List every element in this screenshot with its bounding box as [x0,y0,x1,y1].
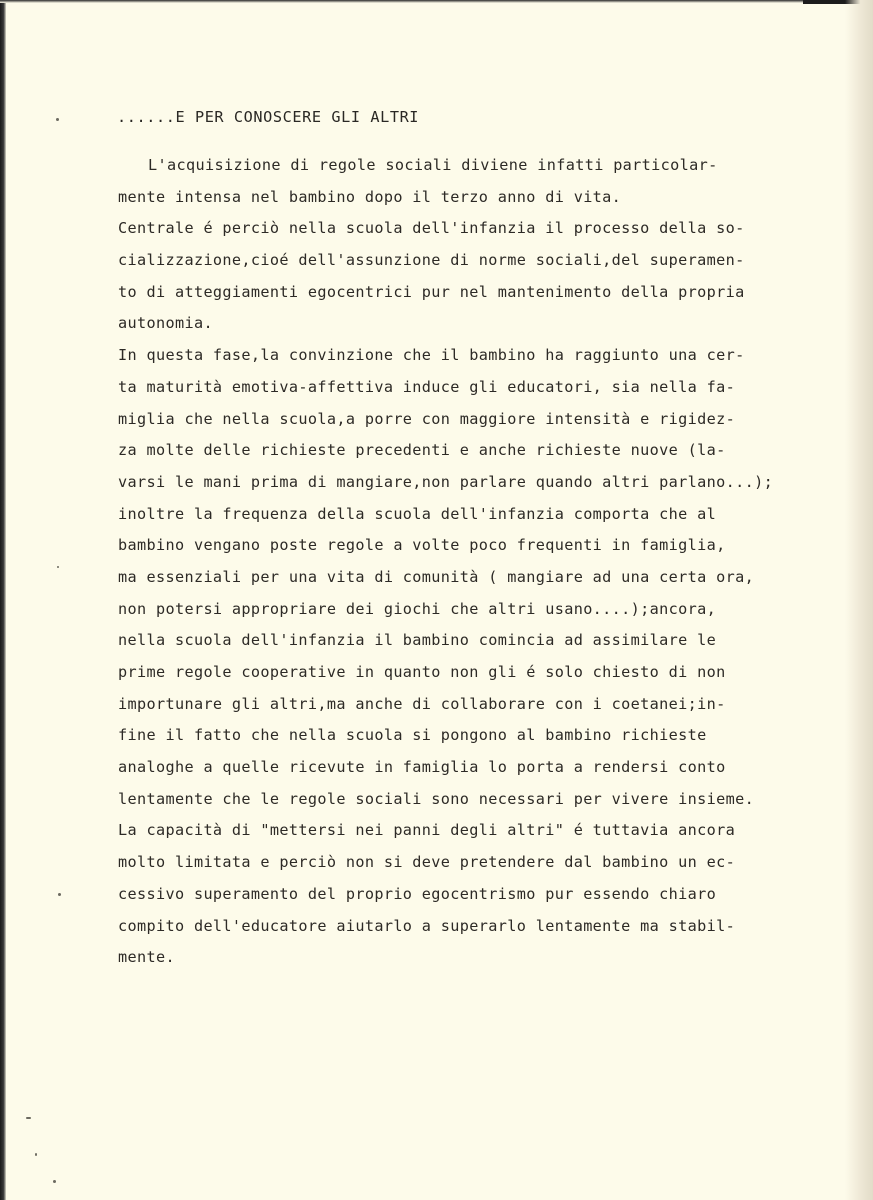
text-line: varsi le mani prima di mangiare,non parl… [118,467,773,499]
text-line: bambino vengano poste regole a volte poc… [118,530,773,562]
scan-top-edge [0,0,873,3]
text-line: ta maturità emotiva-affettiva induce gli… [118,372,773,404]
text-line: miglia che nella scuola,a porre con magg… [118,404,773,436]
scan-speck [53,1180,56,1183]
document-body: L'acquisizione di regole sociali diviene… [118,150,773,974]
text-line: molto limitata e perciò non si deve pret… [118,847,773,879]
text-line: cializzazione,cioé dell'assunzione di no… [118,245,773,277]
text-line: analoghe a quelle ricevute in famiglia l… [118,752,773,784]
text-line: mente. [118,942,773,974]
text-line: importunare gli altri,ma anche di collab… [118,689,773,721]
scan-speck [26,1117,31,1119]
text-line: In questa fase,la convinzione che il bam… [118,340,773,372]
text-line: L'acquisizione di regole sociali diviene… [118,150,773,182]
text-line: La capacità di "mettersi nei panni degli… [118,815,773,847]
text-line: Centrale é perciò nella scuola dell'infa… [118,213,773,245]
text-line: cessivo superamento del proprio egocentr… [118,879,773,911]
text-line: lentamente che le regole sociali sono ne… [118,784,773,816]
text-line: compito dell'educatore aiutarlo a supera… [118,911,773,943]
text-line: nella scuola dell'infanzia il bambino co… [118,625,773,657]
scan-speck [35,1153,37,1156]
document-title: ......E PER CONOSCERE GLI ALTRI [117,108,419,126]
scan-left-edge [0,0,6,1200]
text-line: autonomia. [118,308,773,340]
page-right-shadow [845,0,873,1200]
scanned-page: ......E PER CONOSCERE GLI ALTRI L'acquis… [0,0,873,1200]
scan-speck [56,118,59,121]
text-line: non potersi appropriare dei giochi che a… [118,594,773,626]
text-line: inoltre la frequenza della scuola dell'i… [118,499,773,531]
scan-speck [57,566,59,568]
text-line: za molte delle richieste precedenti e an… [118,435,773,467]
text-line: prime regole cooperative in quanto non g… [118,657,773,689]
text-line: to di atteggiamenti egocentrici pur nel … [118,277,773,309]
scan-speck [58,893,61,896]
text-line: ma essenziali per una vita di comunità (… [118,562,773,594]
text-line: fine il fatto che nella scuola si pongon… [118,720,773,752]
text-line: mente intensa nel bambino dopo il terzo … [118,182,773,214]
